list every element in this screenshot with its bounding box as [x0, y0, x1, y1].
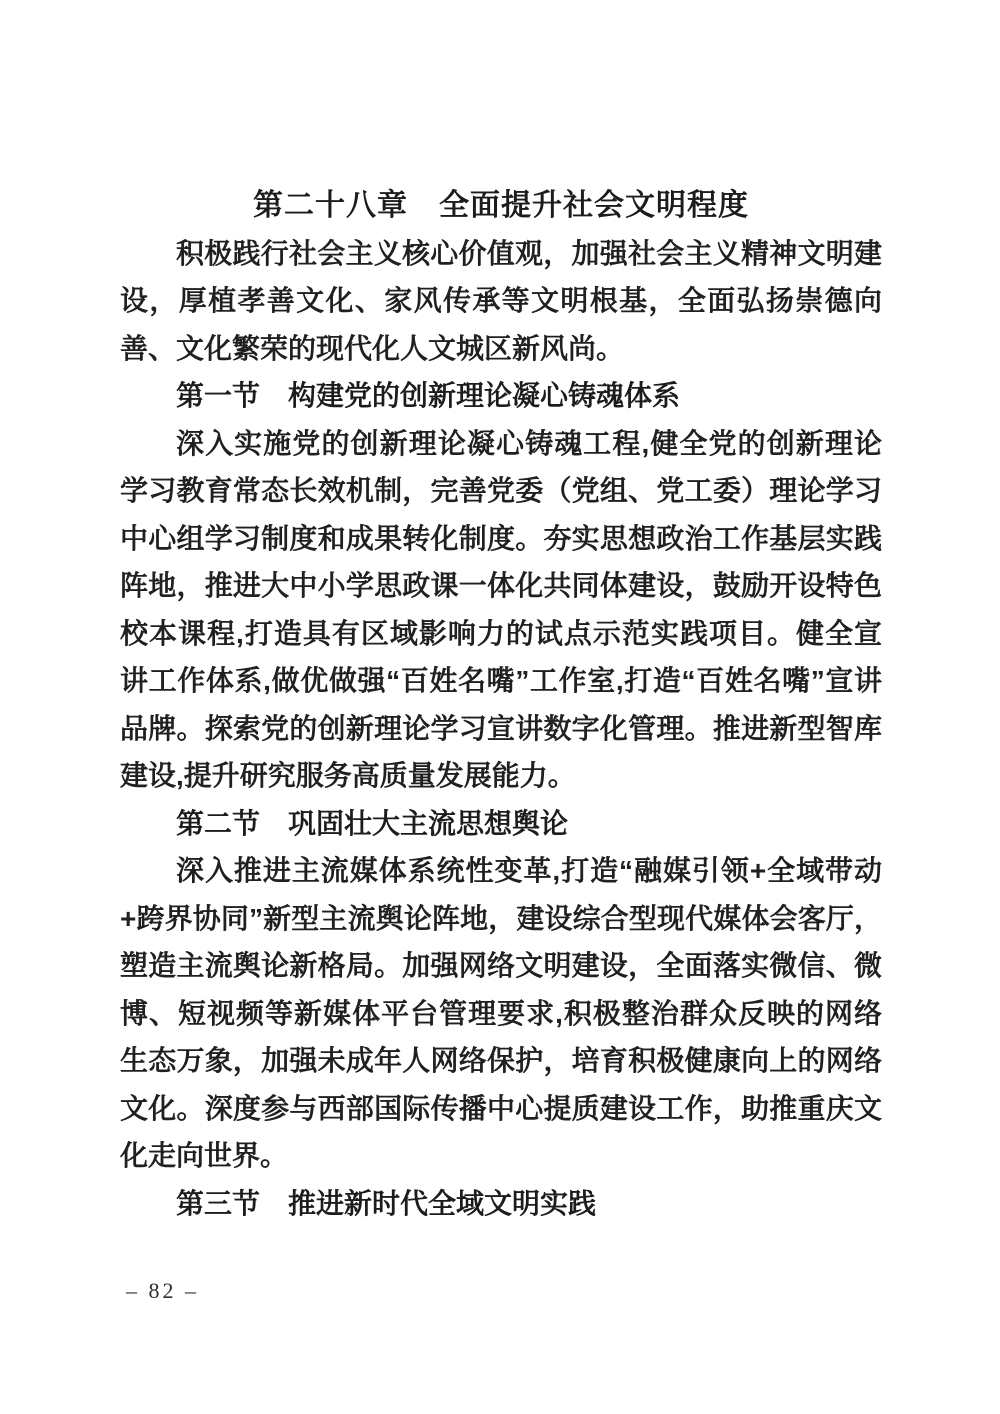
paragraph-intro: 积极践行社会主义核心价值观，加强社会主义精神文明建设，厚植孝善文化、家风传承等文…	[120, 230, 882, 373]
paragraph-section-1: 深入实施党的创新理论凝心铸魂工程,健全党的创新理论学习教育常态长效机制，完善党委…	[120, 420, 882, 800]
section-heading-1: 第一节 构建党的创新理论凝心铸魂体系	[120, 372, 882, 420]
section-heading-3: 第三节 推进新时代全域文明实践	[120, 1180, 882, 1228]
document-page: 第二十八章 全面提升社会文明程度 积极践行社会主义核心价值观，加强社会主义精神文…	[0, 0, 1000, 1414]
paragraph-section-2: 深入推进主流媒体系统性变革,打造“融媒引领+全域带动+跨界协同”新型主流舆论阵地…	[120, 847, 882, 1180]
text-column: 第二十八章 全面提升社会文明程度 积极践行社会主义核心价值观，加强社会主义精神文…	[120, 182, 882, 1227]
chapter-title: 第二十八章 全面提升社会文明程度	[120, 182, 882, 230]
section-heading-2: 第二节 巩固壮大主流思想舆论	[120, 800, 882, 848]
page-number: – 82 –	[126, 1278, 199, 1304]
